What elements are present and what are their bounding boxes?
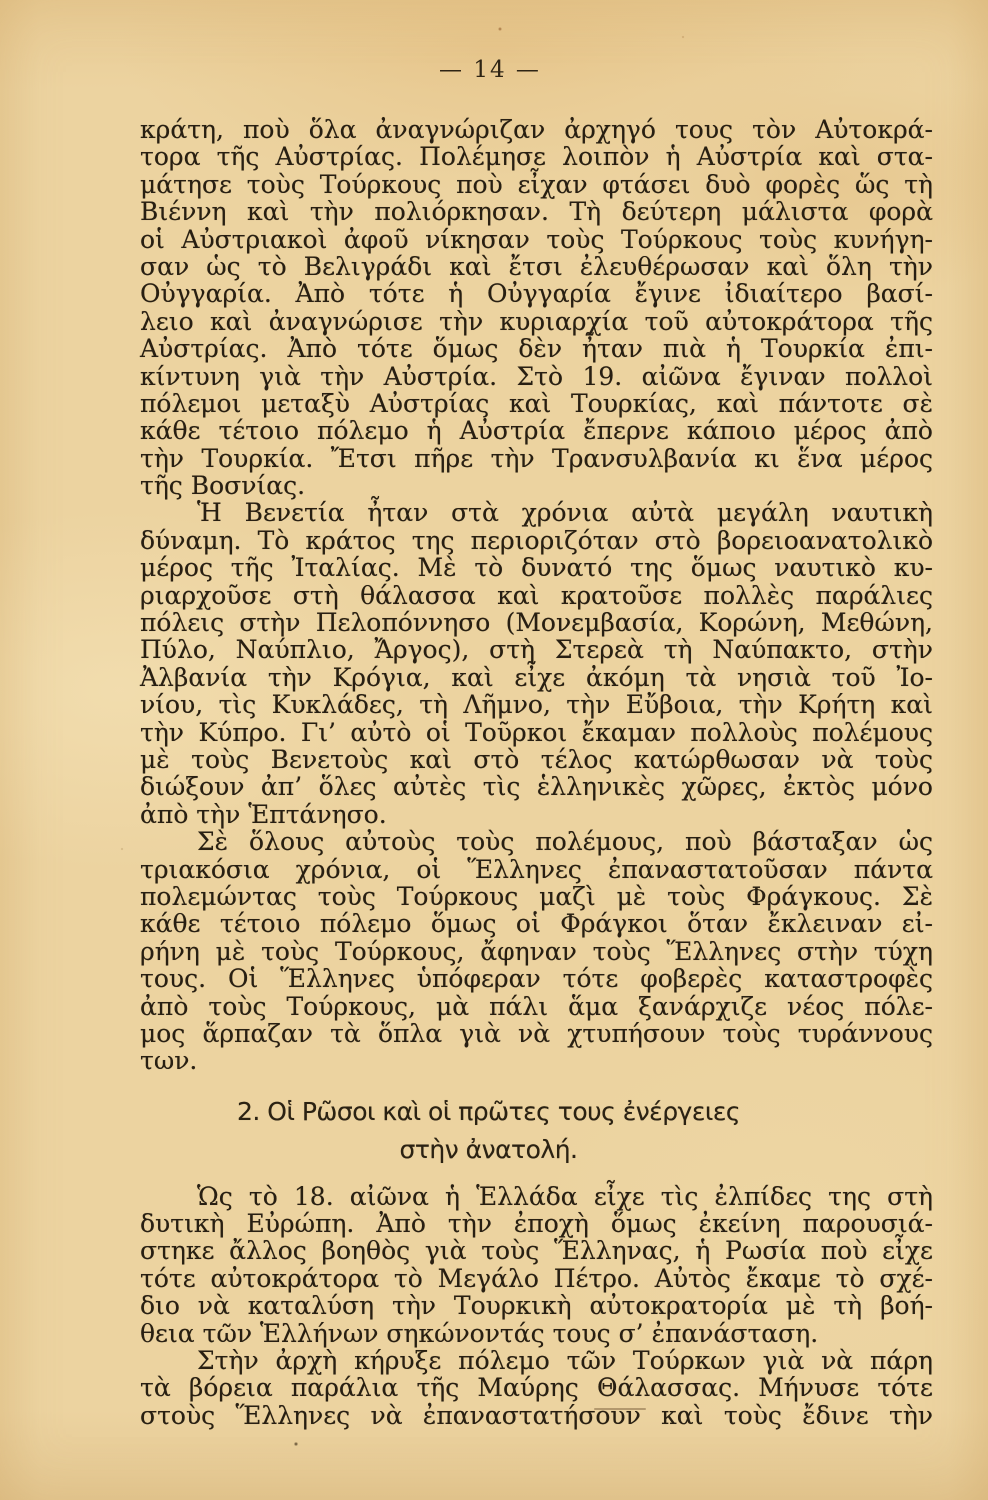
text-line: διο νὰ καταλύση τὴν Τουρκικὴ αὐτοκρατορί… [140, 1292, 933, 1319]
text-line: μέρος τῆς Ἰταλίας. Μὲ τὸ δυνατό της ὅμως… [140, 554, 933, 581]
text-line: στηκε ἄλλος βοηθὸς γιὰ τοὺς Ἕλληνας, ἡ Ρ… [140, 1237, 933, 1264]
page-number: — 14 — [0, 57, 984, 83]
text-line: μὲ τοὺς Βενετοὺς καὶ στὸ τέλος κατώρθωσα… [140, 746, 933, 773]
paragraph: Ὡς τὸ 18. αἰῶνα ἡ Ἑλλάδα εἶχε τὶς ἐλπίδε… [140, 1183, 933, 1347]
text-line: Οὐγγαρία. Ἀπὸ τότε ἡ Οὐγγαρία ἔγινε ἰδια… [140, 280, 933, 307]
text-line: τὰ βόρεια παράλια τῆς Μαύρης Θάλασσας. Μ… [140, 1374, 933, 1401]
text-line: λειο καὶ ἀναγνώρισε τὴν κυριαρχία τοῦ αὐ… [140, 308, 933, 335]
text-line: κάθε τέτοιο πόλεμο ἡ Αὐστρία ἔπερνε κάπο… [140, 417, 933, 444]
text-line: κράτη, ποὺ ὅλα ἀναγνώριζαν ἀρχηγό τους τ… [140, 116, 933, 143]
ink-smudge [594, 1408, 646, 1410]
text-line: Ἡ Βενετία ἦταν στὰ χρόνια αὐτὰ μεγάλη να… [140, 499, 933, 526]
section-heading-line: στὴν ἀνατολή. [92, 1131, 885, 1169]
text-line: των. [140, 1047, 933, 1074]
text-line: πόλεμοι μεταξὺ Αὐστρίας καὶ Τουρκίας, κα… [140, 390, 933, 417]
text-line: νίου, τὶς Κυκλάδες, τὴ Λῆμνο, τὴν Εὔβοια… [140, 691, 933, 718]
text-line: τριακόσια χρόνια, οἱ Ἕλληνες ἐπαναστατοῦ… [140, 856, 933, 883]
text-line: Βιέννη καὶ τὴν πολιόρκησαν. Τὴ δεύτερη μ… [140, 198, 933, 225]
text-line: πόλεις στὴν Πελοπόννησο (Μονεμβασία, Κορ… [140, 609, 933, 636]
book-page: — 14 — κράτη, ποὺ ὅλα ἀναγνώριζαν ἀρχηγό… [0, 0, 988, 1500]
text-line: Ὡς τὸ 18. αἰῶνα ἡ Ἑλλάδα εἶχε τὶς ἐλπίδε… [140, 1183, 933, 1210]
paragraph: Στὴν ἀρχὴ κήρυξε πόλεμο τῶν Τούρκων γιὰ … [140, 1347, 933, 1429]
text-line: δύναμη. Τὸ κράτος της περιοριζόταν στὸ β… [140, 527, 933, 554]
text-line: πολεμώντας τοὺς Τούρκους μαζὶ μὲ τοὺς Φρ… [140, 883, 933, 910]
text-line: σαν ὡς τὸ Βελιγράδι καὶ ἔτσι ἐλευθέρωσαν… [140, 253, 933, 280]
text-line: κάθε τέτοιο πόλεμο ὅμως οἱ Φράγκοι ὅταν … [140, 910, 933, 937]
text-line: Πύλο, Ναύπλιο, Ἄργος), στὴ Στερεὰ τὴ Ναύ… [140, 636, 933, 663]
text-line: ἀπὸ τοὺς Τούρκους, μὰ πάλι ἅμα ξανάρχιζε… [140, 993, 933, 1020]
text-line: στοὺς Ἕλληνες νὰ ἐπαναστατήσουν καὶ τοὺς… [140, 1402, 933, 1429]
section-heading: 2. Οἱ Ρῶσοι καὶ οἱ πρῶτες τους ἐνέργειες… [92, 1093, 885, 1169]
text-line: μάτησε τοὺς Τούρκους ποὺ εἶχαν φτάσει δυ… [140, 171, 933, 198]
text-line: οἱ Αὐστριακοὶ ἀφοῦ νίκησαν τοὺς Τούρκους… [140, 226, 933, 253]
text-line: Σὲ ὅλους αὐτοὺς τοὺς πολέμους, ποὺ βάστα… [140, 828, 933, 855]
text-line: ρήνη μὲ τοὺς Τούρκους, ἄφηναν τοὺς Ἕλλην… [140, 938, 933, 965]
text-line: ἀπὸ τὴν Ἑπτάνησο. [140, 801, 933, 828]
text-line: θεια τῶν Ἑλλήνων σηκώνοντάς τους σ’ ἐπαν… [140, 1320, 933, 1347]
text-line: τους. Οἱ Ἕλληνες ὑπόφεραν τότε φοβερὲς κ… [140, 965, 933, 992]
text-line: τὴν Τουρκία. Ἔτσι πῆρε τὴν Τρανσυλβανία … [140, 445, 933, 472]
text-line: τῆς Βοσνίας. [140, 472, 933, 499]
text-line: Ἀλβανία τὴν Κρόγια, καὶ εἶχε ἀκόμη τὰ νη… [140, 664, 933, 691]
text-line: Αὐστρίας. Ἀπὸ τότε ὅμως δὲν ἦταν πιὰ ἡ Τ… [140, 335, 933, 362]
paragraph: Σὲ ὅλους αὐτοὺς τοὺς πολέμους, ποὺ βάστα… [140, 828, 933, 1075]
text-line: Στὴν ἀρχὴ κήρυξε πόλεμο τῶν Τούρκων γιὰ … [140, 1347, 933, 1374]
text-line: κίντυνη γιὰ τὴν Αὐστρία. Στὸ 19. αἰῶνα ἔ… [140, 363, 933, 390]
text-line: μος ἅρπαζαν τὰ ὅπλα γιὰ νὰ χτυπήσουν τοὺ… [140, 1020, 933, 1047]
paragraph: Ἡ Βενετία ἦταν στὰ χρόνια αὐτὰ μεγάλη να… [140, 499, 933, 828]
text-line: ριαρχοῦσε στὴ θάλασσα καὶ κρατοῦσε πολλὲ… [140, 582, 933, 609]
text-line: τότε αὐτοκράτορα τὸ Μεγάλο Πέτρο. Αὐτὸς … [140, 1265, 933, 1292]
text-line: διώξουν ἀπ’ ὅλες αὐτὲς τὶς ἑλληνικὲς χῶρ… [140, 773, 933, 800]
section-heading-line: 2. Οἱ Ρῶσοι καὶ οἱ πρῶτες τους ἐνέργειες [92, 1093, 885, 1131]
text-line: τορα τῆς Αὐστρίας. Πολέμησε λοιπὸν ἡ Αὐσ… [140, 143, 933, 170]
text-column: κράτη, ποὺ ὅλα ἀναγνώριζαν ἀρχηγό τους τ… [140, 116, 933, 1429]
text-line: τὴν Κύπρο. Γι’ αὐτὸ οἱ Τοῦρκοι ἔκαμαν πο… [140, 719, 933, 746]
text-line: δυτικὴ Εὐρώπη. Ἀπὸ τὴν ἐποχὴ ὅμως ἐκείνη… [140, 1210, 933, 1237]
paragraph: κράτη, ποὺ ὅλα ἀναγνώριζαν ἀρχηγό τους τ… [140, 116, 933, 499]
